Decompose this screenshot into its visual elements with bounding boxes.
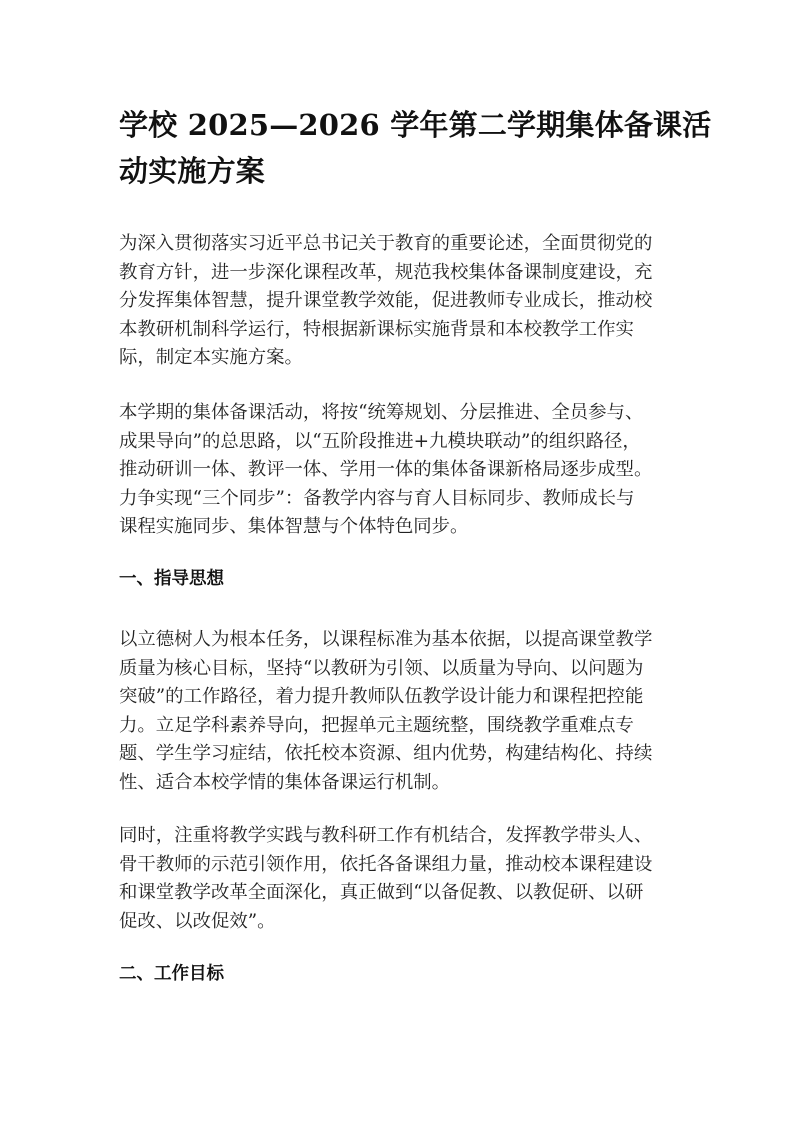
paragraph-line: 同时，注重将教学实践与教科研工作有机结合，发挥教学带头人、 xyxy=(119,822,679,851)
paragraph-line: 促改、以改促效”。 xyxy=(119,908,679,937)
paragraph-line: 推动研训一体、教评一体、学用一体的集体备课新格局逐步成型。 xyxy=(119,456,679,485)
paragraph-line: 本学期的集体备课活动，将按“统筹规划、分层推进、全员参与、 xyxy=(119,399,679,428)
title-line-2: 动实施方案 xyxy=(119,148,679,194)
paragraph-line: 课程实施同步、集体智慧与个体特色同步。 xyxy=(119,513,679,542)
paragraph-line: 分发挥集体智慧，提升课堂教学效能，促进教师专业成长，推动校 xyxy=(119,287,679,316)
paragraph-line: 力。立足学科素养导向，把握单元主题统整，围绕教学重难点专 xyxy=(119,712,679,741)
paragraph-line: 突破”的工作路径，着力提升教师队伍教学设计能力和课程把控能 xyxy=(119,683,679,712)
section-heading-work-goals: 二、工作目标 xyxy=(119,962,224,986)
paragraph-line: 质量为核心目标，坚持“以教研为引领、以质量为导向、以问题为 xyxy=(119,655,679,684)
paragraph-line: 际，制定本实施方案。 xyxy=(119,344,679,373)
intro-paragraph-2: 本学期的集体备课活动，将按“统筹规划、分层推进、全员参与、 成果导向”的总思路，… xyxy=(119,399,679,542)
section-1-paragraph-2: 同时，注重将教学实践与教科研工作有机结合，发挥教学带头人、 骨干教师的示范引领作… xyxy=(119,822,679,936)
paragraph-line: 以立德树人为根本任务，以课程标准为基本依据，以提高课堂教学 xyxy=(119,626,679,655)
paragraph-line: 题、学生学习症结，依托校本资源、组内优势，构建结构化、持续 xyxy=(119,740,679,769)
paragraph-line: 教育方针，进一步深化课程改革，规范我校集体备课制度建设，充 xyxy=(119,259,679,288)
section-1-paragraph-1: 以立德树人为根本任务，以课程标准为基本依据，以提高课堂教学 质量为核心目标，坚持… xyxy=(119,626,679,797)
paragraph-line: 本教研机制科学运行，特根据新课标实施背景和本校教学工作实 xyxy=(119,316,679,345)
paragraph-line: 性、适合本校学情的集体备课运行机制。 xyxy=(119,769,679,798)
paragraph-line: 为深入贯彻落实习近平总书记关于教育的重要论述，全面贯彻党的 xyxy=(119,230,679,259)
paragraph-line: 和课堂教学改革全面深化，真正做到“以备促教、以教促研、以研 xyxy=(119,879,679,908)
paragraph-line: 骨干教师的示范引领作用，依托各备课组力量，推动校本课程建设 xyxy=(119,851,679,880)
title-line-1: 学校 2025—2026 学年第二学期集体备课活 xyxy=(119,102,679,148)
paragraph-line: 力争实现“三个同步”：备教学内容与育人目标同步、教师成长与 xyxy=(119,485,679,514)
intro-paragraph-1: 为深入贯彻落实习近平总书记关于教育的重要论述，全面贯彻党的 教育方针，进一步深化… xyxy=(119,230,679,373)
section-heading-guiding-ideology: 一、指导思想 xyxy=(119,567,224,591)
paragraph-line: 成果导向”的总思路，以“五阶段推进+九模块联动”的组织路径， xyxy=(119,428,679,457)
document-title: 学校 2025—2026 学年第二学期集体备课活 动实施方案 xyxy=(119,102,679,194)
